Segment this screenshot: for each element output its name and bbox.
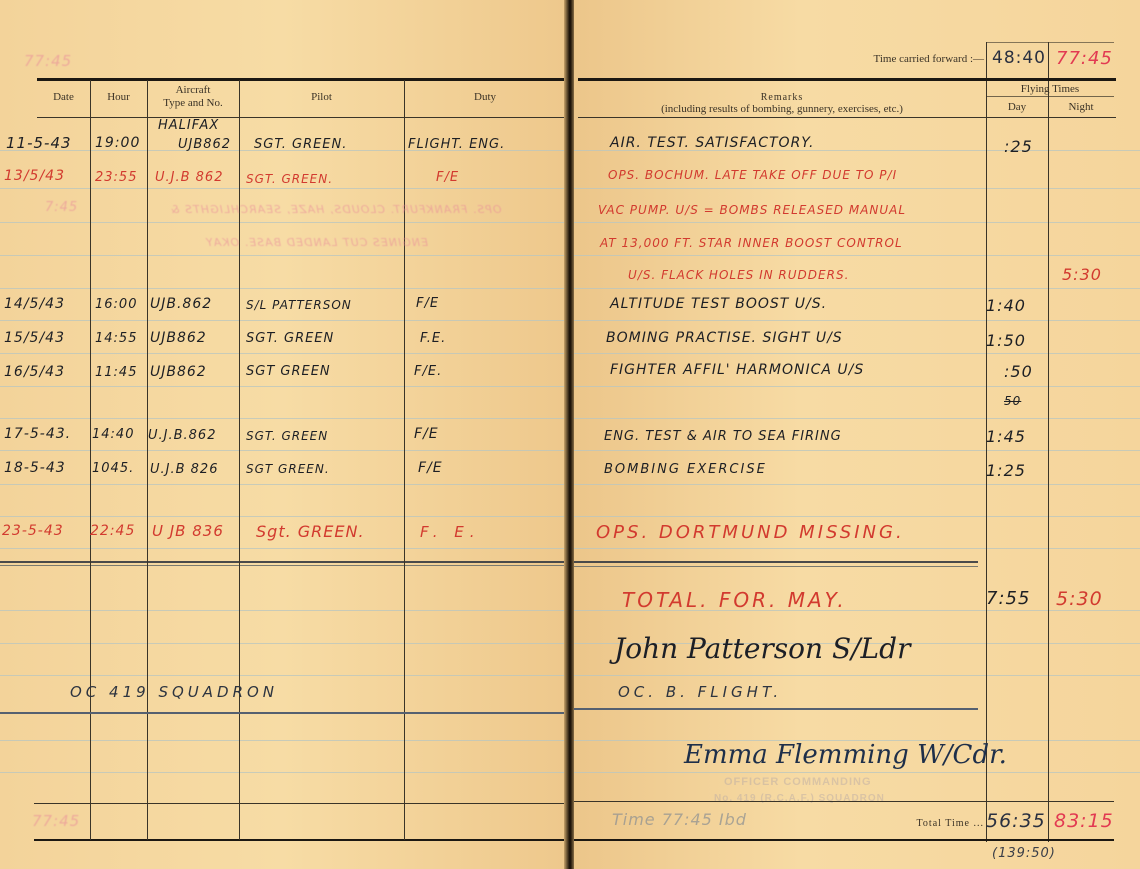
entry-pilot: SGT. GREEN. [254, 137, 347, 152]
entry-aircraft: U.J.B.862 [148, 428, 216, 443]
column-divider [90, 80, 91, 840]
remark-text: U/S. FLACK HOLES IN RUDDERS. [628, 268, 849, 282]
corner-bleed-mark: 77:45 [24, 52, 72, 70]
ruled-line [574, 288, 1140, 289]
header-bottom-rule [578, 117, 1116, 118]
entry-aircraft: UJB862 [150, 330, 207, 346]
entry-pilot: S/L PATTERSON [246, 298, 352, 312]
entry-duty: F/E [418, 460, 443, 476]
remark-text: ENG. TEST & AIR TO SEA FIRING [604, 429, 842, 444]
ruled-line [574, 675, 1140, 676]
ruled-line [0, 740, 566, 741]
ruled-line [0, 610, 566, 611]
column-divider [239, 80, 240, 840]
page-bottom-rule [34, 839, 566, 841]
entry-pilot: SGT. GREEN [246, 331, 334, 346]
total-time-day: 56:35 [986, 810, 1046, 832]
remark-day-time: 1:50 [986, 331, 1026, 350]
entry-duty: F.E. [420, 331, 446, 346]
remark-day-time: 1:40 [986, 296, 1026, 315]
total-for-month-day: 7:55 [986, 588, 1030, 609]
carried-forward-top [986, 42, 1114, 43]
entries-end-rule [574, 566, 978, 567]
remark-day-time: 1:25 [986, 461, 1026, 480]
logbook-right-page: Time carried forward :— 48:40 77:45 Rema… [574, 0, 1140, 869]
entries-end-rule [574, 561, 978, 563]
remarks-subheader: (including results of bombing, gunnery, … [578, 103, 986, 116]
entry-pilot: SGT. GREEN [246, 429, 328, 443]
header-pilot: Pilot [239, 91, 404, 104]
night-column-divider [1048, 42, 1049, 842]
entry-duty: F. E. [420, 523, 480, 541]
ruled-line [574, 772, 1140, 773]
entry-aircraft: UJB862 [150, 364, 207, 380]
flight-label: OC. B. FLIGHT. [618, 683, 782, 701]
remark-text: FIGHTER AFFIL' HARMONICA U/S [610, 362, 864, 378]
ruled-line [0, 418, 566, 419]
entry-pilot: SGT. GREEN. [246, 172, 333, 186]
entry-hour: 23:55 [95, 170, 137, 185]
corner-bleed-mark: 77:45 [32, 812, 80, 830]
remark-day-time: :25 [1004, 137, 1033, 156]
officer-stamp-line2: No. 419 (R.C.A.F.) SQUADRON [714, 793, 885, 804]
ruled-line [574, 418, 1140, 419]
flight-commander-signature: John Patterson S/Ldr [614, 632, 910, 665]
remark-night-time: 5:30 [1062, 265, 1102, 284]
entry-hour: 19:00 [95, 135, 140, 151]
ruled-line [574, 320, 1140, 321]
remark-day-time: :50 [1004, 362, 1033, 381]
entry-pilot: Sgt. GREEN. [256, 522, 365, 541]
ruled-line [0, 484, 566, 485]
remark-text: AIR. TEST. SATISFACTORY. [610, 135, 815, 151]
entry-aircraft: UJB862 [178, 137, 231, 152]
officer-stamp-line1: OFFICER COMMANDING [724, 776, 872, 788]
total-time-label: Total Time ... [874, 817, 984, 830]
header-bottom-rule [37, 117, 566, 118]
ruled-line [0, 516, 566, 517]
header-date: Date [37, 91, 90, 104]
total-for-month-label: TOTAL. FOR. MAY. [622, 588, 847, 612]
struck-day-time: 50 [1004, 394, 1021, 408]
certification-squadron: OC 419 SQUADRON [70, 683, 278, 701]
column-divider [147, 80, 148, 840]
ruled-line [0, 772, 566, 773]
carried-forward-day: 48:40 [992, 48, 1046, 68]
ruled-line [0, 188, 566, 189]
header-aircraft-line2: Type and No. [147, 97, 239, 110]
total-rule [34, 803, 566, 804]
remark-text: VAC PUMP. U/S = BOMBS RELEASED MANUAL [598, 203, 906, 217]
header-duty: Duty [404, 91, 566, 104]
entry-hour: 14:55 [95, 331, 137, 346]
entry-date: 18-5-43 [4, 460, 66, 476]
entry-hour: 22:45 [90, 523, 135, 539]
ruled-line [574, 188, 1140, 189]
entry-pilot: SGT GREEN. [246, 462, 330, 476]
entry-aircraft: U.J.B 862 [155, 170, 223, 185]
entry-hour: 16:00 [95, 297, 137, 312]
certification-underline [0, 712, 566, 714]
remark-text: AT 13,000 FT. STAR INNER BOOST CONTROL [600, 236, 903, 250]
entries-end-rule [0, 565, 566, 566]
entry-aircraft: U JB 836 [152, 522, 224, 540]
bleed-through-text: ENGINES CUT LANDED BASE. OKAY [205, 236, 428, 249]
bleed-through-time: 7:45 [45, 200, 78, 215]
entry-duty: FLIGHT. ENG. [408, 137, 505, 152]
pencil-note: Time 77:45 Ibd [612, 810, 747, 829]
header-aircraft: Aircraft Type and No. [147, 84, 239, 110]
ruled-line [574, 450, 1140, 451]
grand-total: (139:50) [992, 846, 1056, 861]
remark-text: BOMING PRACTISE. SIGHT U/S [606, 330, 843, 346]
entry-duty: F/E [416, 296, 439, 311]
entry-hour: 11:45 [95, 365, 137, 380]
commanding-officer-signature: Emma Flemming W/Cdr. [684, 740, 1007, 770]
signature-underline [574, 708, 978, 710]
entry-duty: F/E. [414, 364, 442, 379]
ruled-line [0, 548, 566, 549]
ruled-line [574, 222, 1140, 223]
ruled-line [0, 288, 566, 289]
total-rule [574, 801, 1114, 802]
ruled-line [0, 255, 566, 256]
table-top-rule [37, 78, 566, 81]
ruled-line [574, 255, 1140, 256]
entry-date: 17-5-43. [4, 426, 71, 442]
entry-date: 14/5/43 [4, 296, 65, 312]
column-divider [404, 80, 405, 840]
ruled-line [574, 516, 1140, 517]
header-hour: Hour [90, 91, 147, 104]
header-aircraft-line1: Aircraft [147, 84, 239, 97]
entry-duty: F/E [414, 426, 439, 442]
remark-text: ALTITUDE TEST BOOST U/S. [610, 296, 827, 312]
ruled-line [574, 484, 1140, 485]
entry-date: 23-5-43 [2, 523, 64, 539]
page-bottom-rule [574, 839, 1114, 841]
ruled-line [0, 450, 566, 451]
flying-times-divider [986, 96, 1114, 97]
aircraft-type: HALIFAX [158, 118, 219, 133]
entry-pilot: SGT GREEN [246, 364, 331, 379]
carried-forward-label: Time carried forward :— [844, 53, 984, 66]
entry-date: 15/5/43 [4, 330, 65, 346]
logbook-left-page: 77:45 77:45 Date Hour Aircraft Type and … [0, 0, 566, 869]
ruled-line [0, 643, 566, 644]
carried-forward-night: 77:45 [1056, 48, 1113, 69]
table-top-rule [578, 78, 1116, 81]
ruled-line [574, 386, 1140, 387]
ruled-line [0, 320, 566, 321]
entry-hour: 1045. [92, 461, 134, 476]
night-header: Night [1048, 101, 1114, 114]
entry-aircraft: UJB.862 [150, 296, 212, 312]
entry-date: 11-5-43 [6, 134, 72, 152]
total-time-night: 83:15 [1054, 810, 1114, 832]
total-for-month-night: 5:30 [1056, 588, 1103, 610]
entry-date: 13/5/43 [4, 168, 65, 184]
remark-text: BOMBING EXERCISE [604, 462, 767, 477]
ruled-line [574, 548, 1140, 549]
entry-date: 16/5/43 [4, 364, 65, 380]
entries-end-rule [0, 561, 566, 563]
remark-text: OPS. BOCHUM. LATE TAKE OFF DUE TO P/I [608, 168, 897, 182]
ruled-line [0, 675, 566, 676]
entry-duty: F/E [436, 170, 459, 185]
bleed-through-text: OPS. FRANKFURT. CLOUDS, HAZE, SEARCHLIGH… [170, 203, 502, 216]
ruled-line [0, 386, 566, 387]
ruled-line [574, 353, 1140, 354]
remark-text: OPS. DORTMUND MISSING. [596, 522, 905, 543]
day-header: Day [986, 101, 1048, 114]
remark-day-time: 1:45 [986, 427, 1026, 446]
entry-aircraft: U.J.B 826 [150, 462, 218, 477]
flying-times-header: Flying Times [986, 83, 1114, 96]
entry-hour: 14:40 [92, 427, 134, 442]
ruled-line [0, 222, 566, 223]
ruled-line [0, 353, 566, 354]
